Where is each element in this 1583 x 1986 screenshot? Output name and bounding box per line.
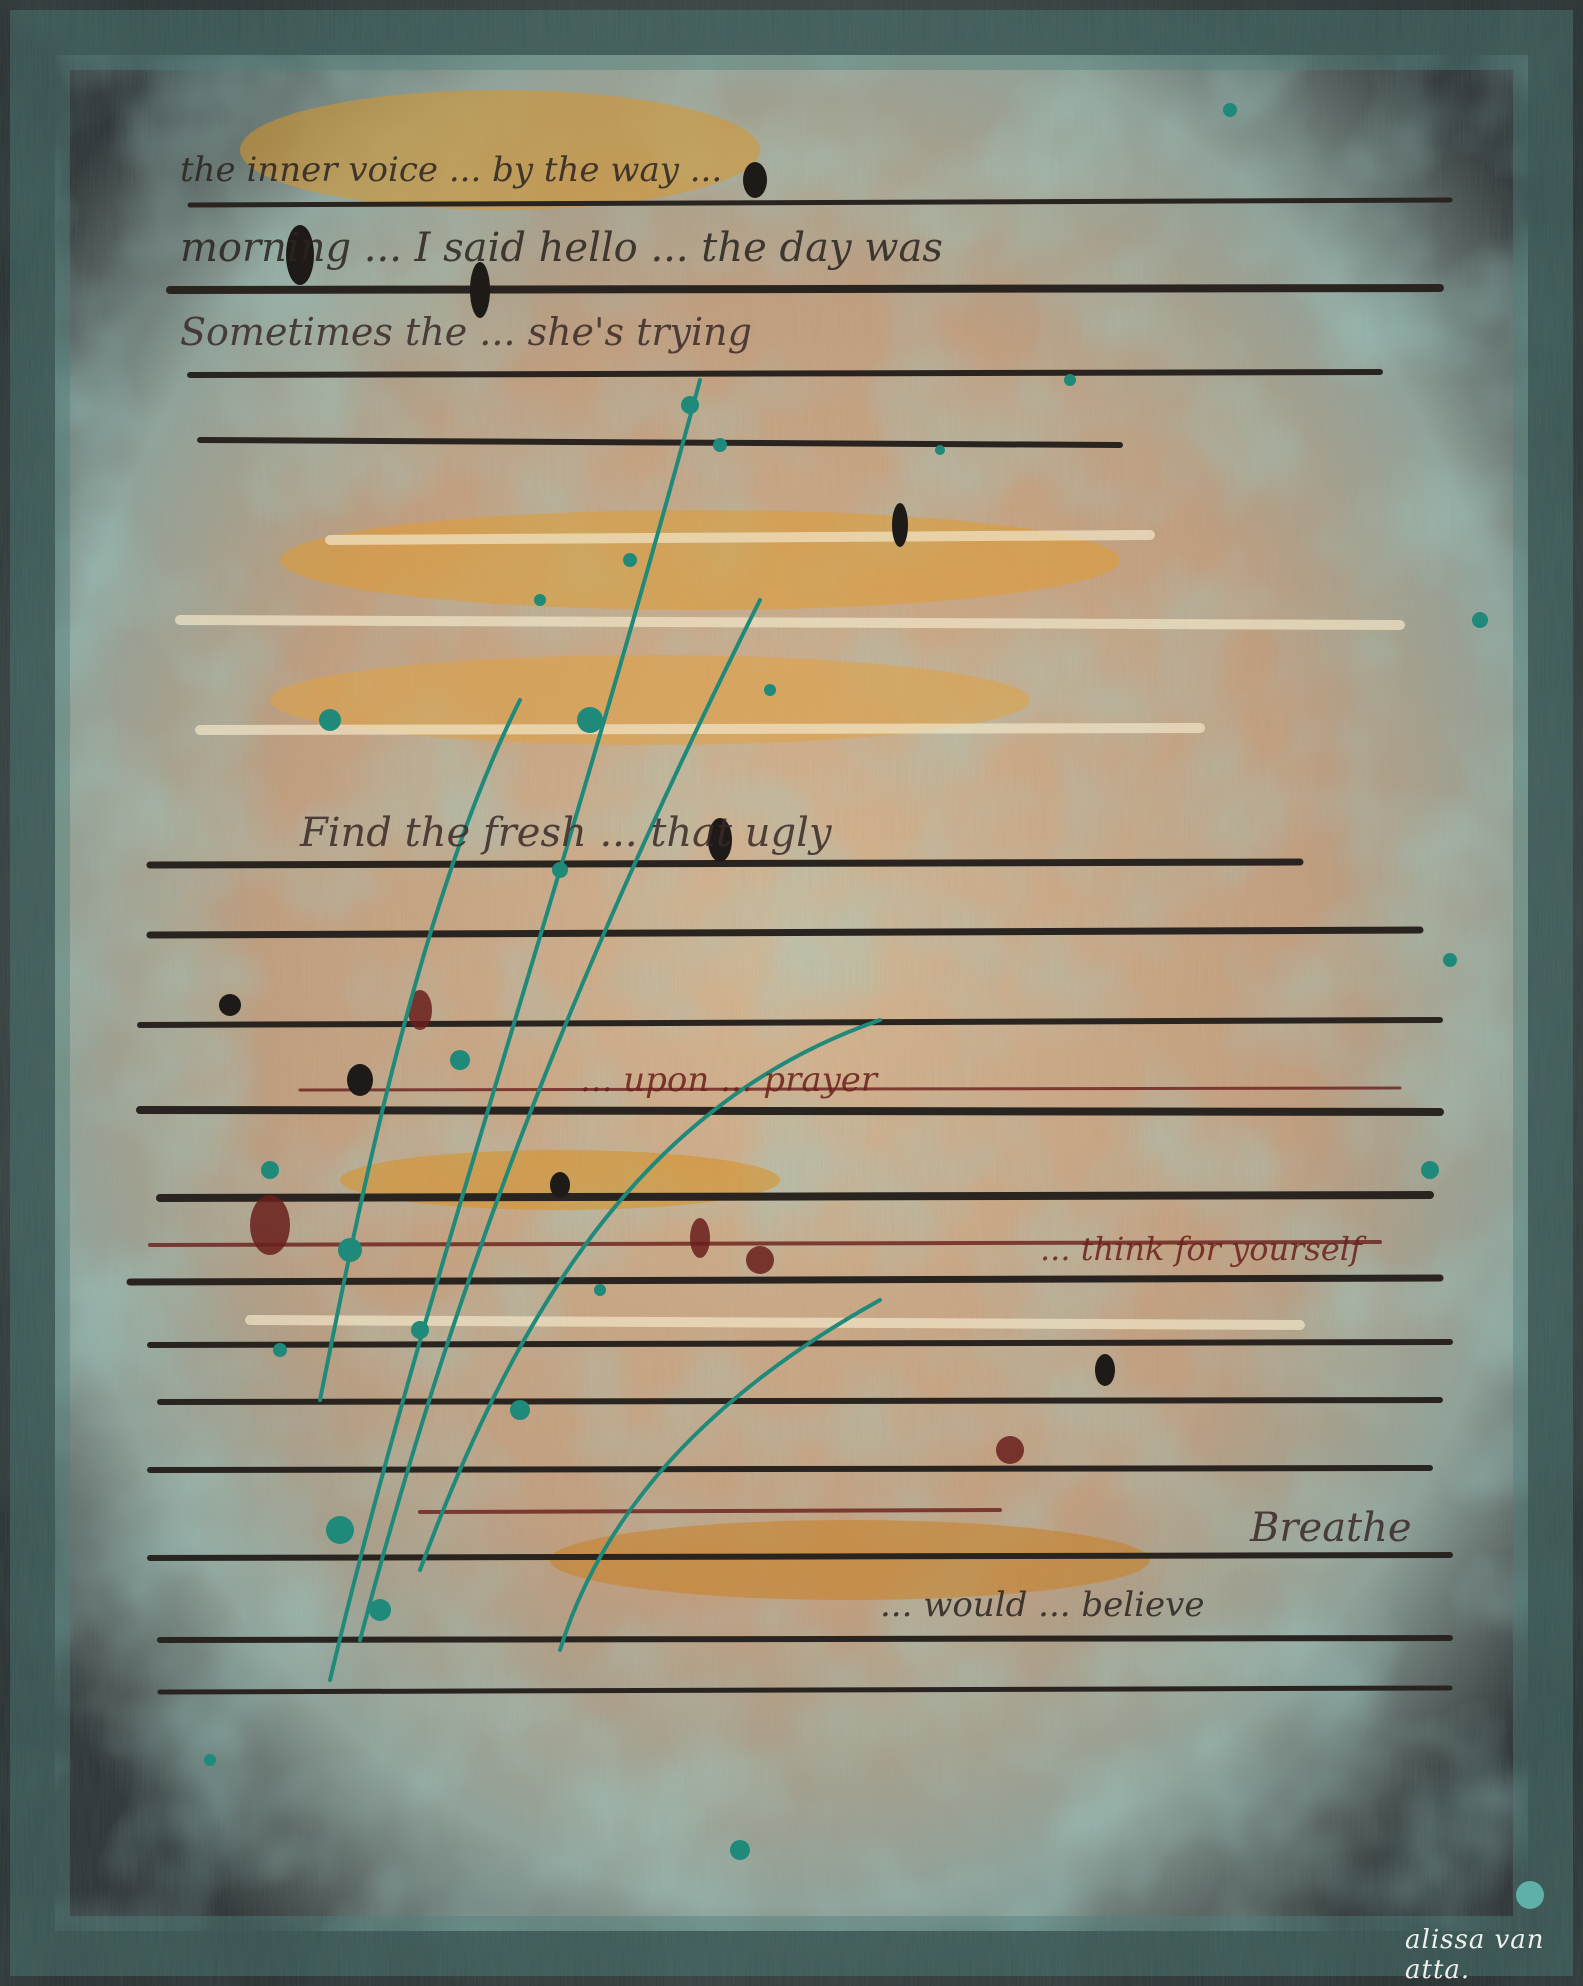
script-fragment: ... think for yourself [1040,1230,1362,1268]
script-fragment: ... upon ... prayer [580,1060,877,1100]
script-fragment: the inner voice ... by the way ... [180,150,722,190]
script-fragment: ... would ... believe [880,1585,1204,1625]
script-fragment: morning ... I said hello ... the day was [180,225,943,271]
script-fragment: Find the fresh ... that ugly [300,810,832,856]
painting-canvas: the inner voice ... by the way ... morni… [0,0,1583,1986]
painting-artwork [0,0,1583,1986]
script-fragment: Sometimes the ... she's trying [180,310,752,354]
artist-signature: alissa van atta. [1405,1925,1583,1985]
script-fragment: Breathe [1250,1505,1412,1551]
